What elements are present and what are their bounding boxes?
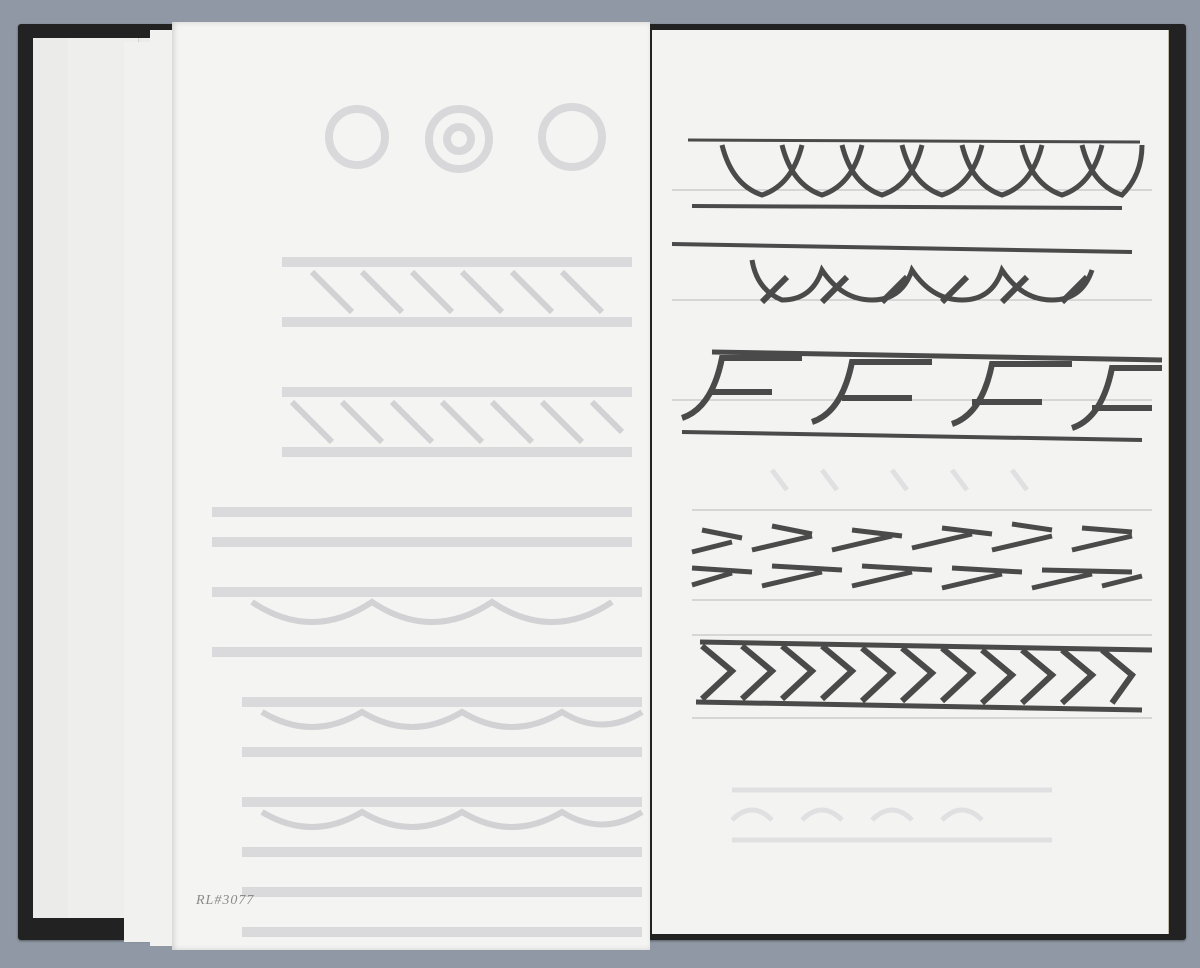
show-through-drawings: [172, 22, 650, 950]
stylized-F-band: [682, 352, 1162, 440]
chevron-braid-band: [696, 642, 1152, 710]
catalog-annotation: RL#3077: [196, 893, 254, 909]
right-page: [652, 30, 1169, 934]
leaf-garland-band: [692, 524, 1142, 588]
ornament-drawings: [652, 30, 1168, 934]
egg-and-dart-band: [688, 140, 1142, 208]
left-page: [172, 22, 650, 950]
wave-scroll-band: [672, 244, 1132, 302]
